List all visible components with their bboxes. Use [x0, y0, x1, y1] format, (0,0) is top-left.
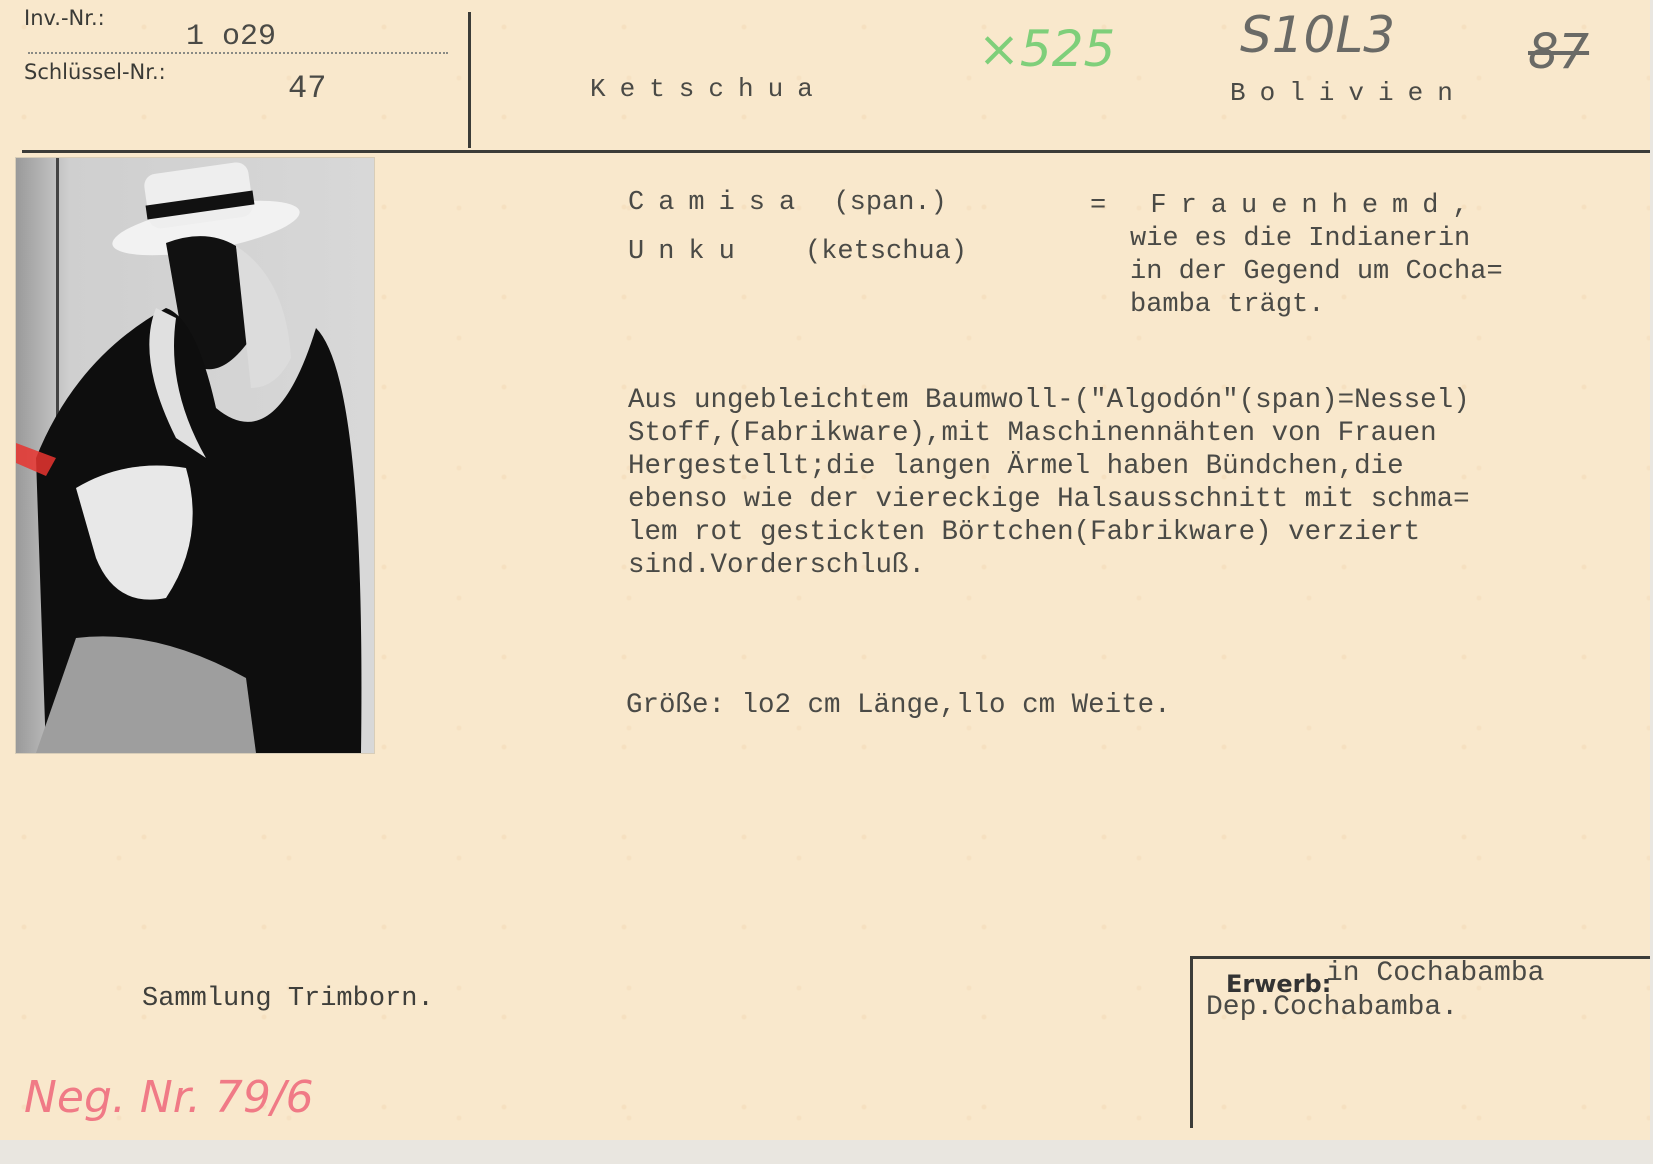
term-spanish-word: Camisa: [628, 188, 809, 218]
handwritten-green-number: ×525: [978, 20, 1115, 78]
description-line-5: lem rot gestickten Börtchen(Fabrikware) …: [628, 516, 1470, 549]
definition-line-4: bamba trägt.: [1130, 289, 1503, 322]
catalog-card: Inv.-Nr.: 1 o29 Schlüssel-Nr.: 47 Ketsch…: [0, 0, 1650, 1140]
negative-number: Neg. Nr. 79/6: [24, 1072, 314, 1123]
struck-through-number: 87: [1528, 24, 1589, 80]
term-spanish-language: (span.): [833, 188, 946, 218]
key-number-value: 47: [288, 70, 326, 107]
term-quechua-language: (ketschua): [805, 237, 967, 267]
acquisition-line-1: in Cochabamba: [1326, 958, 1544, 989]
key-number-label: Schlüssel-Nr.:: [24, 60, 166, 84]
acquisition-line-2: Dep.Cochabamba.: [1206, 992, 1458, 1023]
header-divider-horizontal: [22, 150, 1650, 153]
country-name: Bolivien: [1230, 78, 1467, 108]
term-definition: = Frauenhemd, wie es die Indianerin in d…: [1090, 190, 1503, 322]
description-line-3: Hergestellt;die langen Ärmel haben Bündc…: [628, 450, 1470, 483]
inv-number-value: 1 o29: [186, 20, 276, 54]
object-size: Größe: lo2 cm Länge,llo cm Weite.: [626, 690, 1171, 721]
definition-line-2: wie es die Indianerin: [1130, 223, 1503, 256]
description-line-2: Stoff,(Fabrikware),mit Maschinennähten v…: [628, 417, 1470, 450]
description-line-4: ebenso wie der viereckige Halsausschnitt…: [628, 483, 1470, 516]
header-divider-vertical: [468, 12, 471, 148]
object-description: Aus ungebleichtem Baumwoll-("Algodón"(sp…: [628, 384, 1470, 582]
inv-number-label: Inv.-Nr.:: [24, 6, 105, 30]
people-name: Ketschua: [590, 74, 827, 104]
term-spanish: Camisa (span.): [628, 188, 947, 218]
term-quechua-word: Unku: [628, 237, 749, 267]
description-line-6: sind.Vorderschluß.: [628, 549, 1470, 582]
description-line-1: Aus ungebleichtem Baumwoll-("Algodón"(sp…: [628, 384, 1470, 417]
term-quechua: Unku (ketschua): [628, 237, 967, 267]
definition-line-3: in der Gegend um Cocha=: [1130, 256, 1503, 289]
object-photograph: [16, 158, 374, 753]
acquisition-box-left: [1190, 956, 1193, 1128]
handwritten-gray-number: S10L3: [1240, 6, 1395, 64]
inv-number-dotted-line: [28, 52, 448, 54]
collection-name: Sammlung Trimborn.: [142, 984, 434, 1014]
photo-illustration: [16, 158, 374, 753]
definition-line-1: = Frauenhemd,: [1090, 190, 1503, 223]
